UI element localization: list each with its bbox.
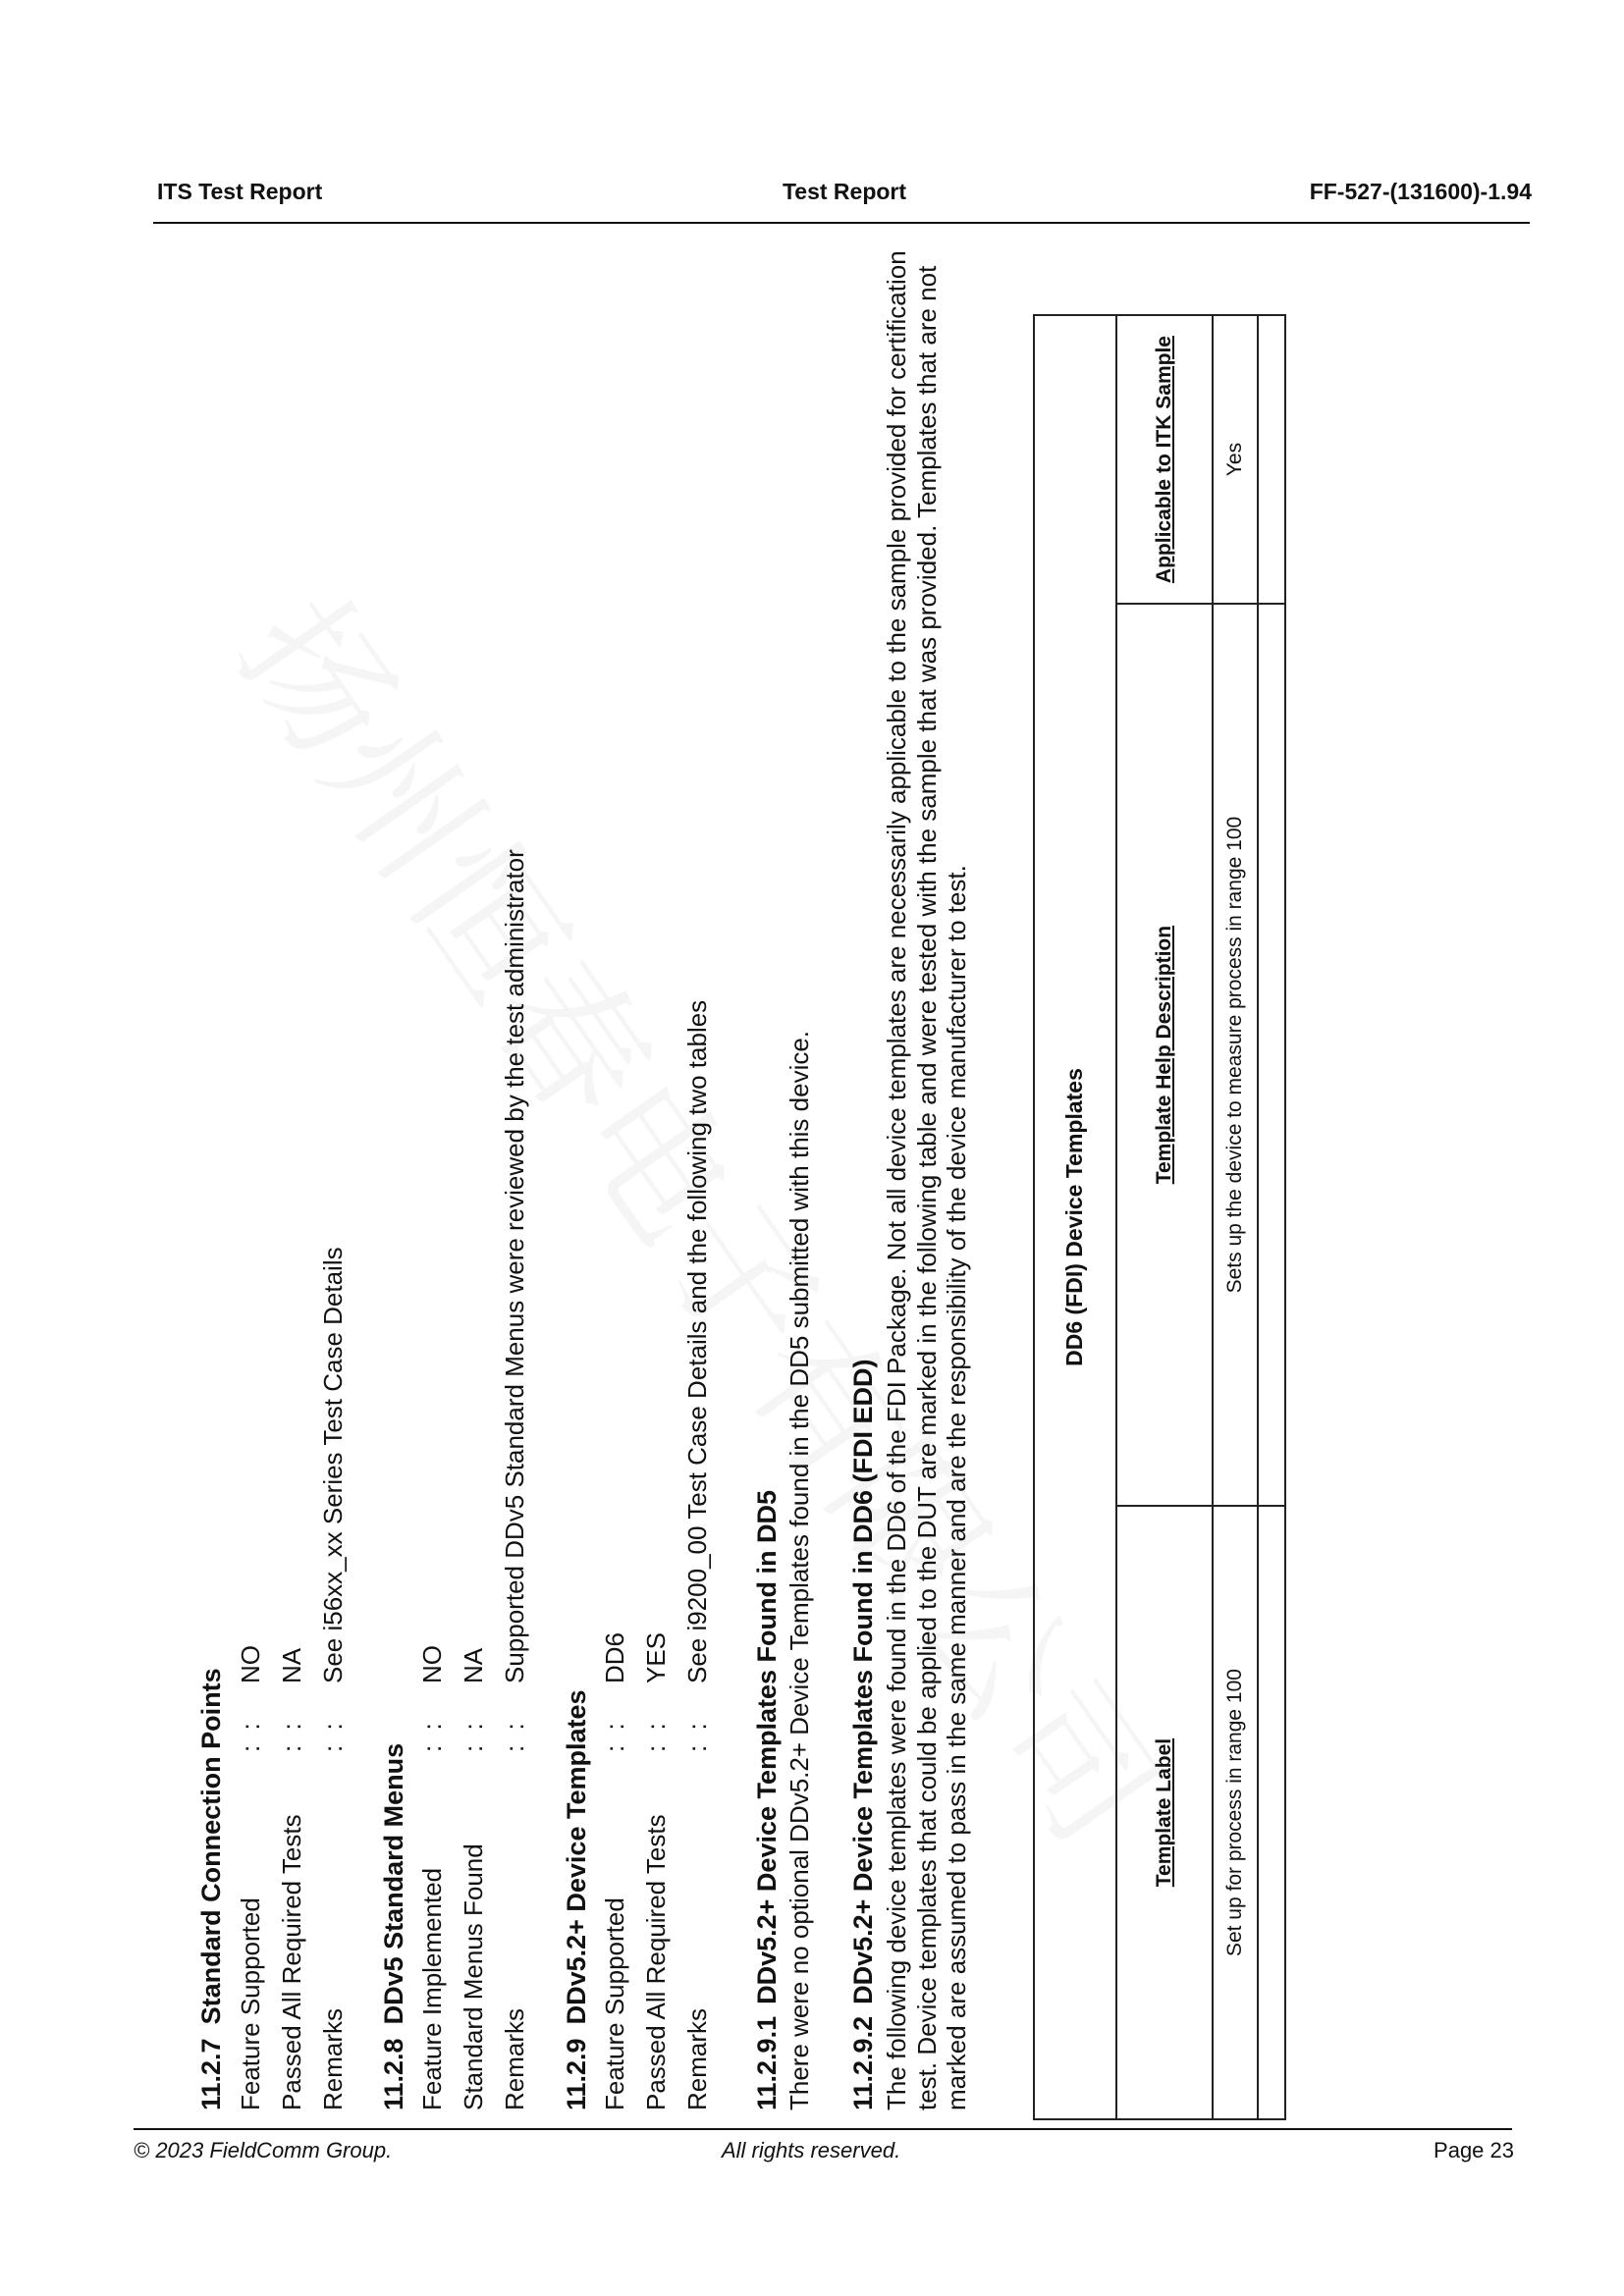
table-row-empty — [1258, 315, 1285, 2119]
section-11-2-7: 11.2.7Standard Connection Points Feature… — [196, 196, 353, 2110]
column-header-help-description: Template Help Description — [1116, 604, 1213, 1506]
footer-copyright: © 2023 FieldComm Group. — [134, 2138, 392, 2163]
subsection-11-2-9-2: 11.2.9.2DDv5.2+ Device Templates Found i… — [848, 196, 972, 2110]
footer-rights: All rights reserved. — [722, 2138, 900, 2163]
kv-row: Remarks: :Supported DDv5 Standard Menus … — [495, 196, 536, 2110]
page-content: 11.2.7Standard Connection Points Feature… — [196, 196, 1267, 2110]
kv-row: Standard Menus Found: :NA — [454, 196, 495, 2110]
cell-help-description: Sets up the device to measure process in… — [1213, 604, 1258, 1506]
kv-row: Feature Implemented: :NO — [412, 196, 454, 2110]
section-title: Standard Connection Points — [196, 1668, 226, 2024]
kv-row: Passed All Required Tests: :YES — [636, 196, 677, 2110]
kv-separator: : : — [318, 1683, 349, 1752]
kv-separator: : : — [459, 1683, 489, 1752]
device-templates-table: DD6 (FDI) Device Templates Template Labe… — [1033, 314, 1286, 2120]
section-heading: 11.2.7Standard Connection Points — [196, 196, 228, 2110]
column-header-template-label: Template Label — [1116, 1506, 1213, 2119]
column-header-applicable: Applicable to ITK Sample — [1116, 315, 1213, 604]
section-number: 11.2.9 — [562, 2038, 591, 2110]
kv-row: Passed All Required Tests: :NA — [271, 196, 312, 2110]
kv-label: Remarks — [500, 1752, 530, 2110]
table-caption: DD6 (FDI) Device Templates — [1034, 315, 1116, 2119]
kv-value: NO — [236, 196, 266, 1683]
kv-row: Feature Supported: :NO — [230, 196, 271, 2110]
kv-separator: : : — [682, 1683, 713, 1752]
subsection-11-2-9-1: 11.2.9.1DDv5.2+ Device Templates Found i… — [752, 196, 816, 2110]
subsection-text: The following device templates were foun… — [882, 245, 972, 2110]
kv-value: NO — [417, 196, 448, 1683]
cell-template-label: Set up for process in range 100 — [1213, 1506, 1258, 2119]
kv-value: NA — [277, 196, 307, 1683]
empty-cell — [1258, 1506, 1285, 2119]
kv-value: NA — [459, 196, 489, 1683]
column-header-text: Template Help Description — [1153, 926, 1175, 1184]
subsection-text: There were no optional DDv5.2+ Device Te… — [785, 245, 815, 2110]
kv-value: DD6 — [600, 196, 630, 1683]
section-11-2-8: 11.2.8DDv5 Standard Menus Feature Implem… — [379, 196, 536, 2110]
kv-row: Remarks: :See i56xx_xx Series Test Case … — [312, 196, 353, 2110]
kv-separator: : : — [236, 1683, 266, 1752]
footer-rule — [134, 2128, 1512, 2130]
kv-label: Remarks — [318, 1752, 349, 2110]
column-header-text: Template Label — [1153, 1738, 1175, 1887]
column-header-text: Applicable to ITK Sample — [1153, 336, 1175, 583]
subsection-number: 11.2.9.2 — [848, 2016, 878, 2110]
subsection-title: DDv5.2+ Device Templates Found in DD6 (F… — [848, 1360, 878, 2004]
subsection-heading: 11.2.9.1DDv5.2+ Device Templates Found i… — [752, 196, 784, 2110]
kv-value: See i56xx_xx Series Test Case Details — [318, 196, 349, 1683]
kv-separator: : : — [277, 1683, 307, 1752]
device-templates-table-wrap: DD6 (FDI) Device Templates Template Labe… — [1033, 314, 1286, 2120]
kv-label: Passed All Required Tests — [641, 1752, 672, 2110]
subsection-number: 11.2.9.1 — [752, 2016, 782, 2110]
kv-label: Passed All Required Tests — [277, 1752, 307, 2110]
kv-separator: : : — [600, 1683, 630, 1752]
kv-label: Remarks — [682, 1752, 713, 2110]
section-number: 11.2.7 — [196, 2038, 226, 2110]
rotated-body: 11.2.7Standard Connection Points Feature… — [196, 196, 1267, 2110]
kv-row: Feature Supported: :DD6 — [595, 196, 636, 2110]
header-document-id: FF-527-(131600)-1.94 — [1310, 179, 1532, 205]
kv-label: Feature Supported — [600, 1752, 630, 2110]
kv-value: YES — [641, 196, 672, 1683]
kv-separator: : : — [500, 1683, 530, 1752]
footer-page-number: Page 23 — [1434, 2138, 1514, 2163]
kv-value: See i9200_00 Test Case Details and the f… — [682, 196, 713, 1683]
section-title: DDv5.2+ Device Templates — [562, 1689, 591, 2024]
empty-cell — [1258, 604, 1285, 1506]
table-row: Set up for process in range 100 Sets up … — [1213, 315, 1258, 2119]
kv-label: Feature Supported — [236, 1752, 266, 2110]
empty-cell — [1258, 315, 1285, 604]
section-title: DDv5 Standard Menus — [379, 1743, 408, 2025]
kv-separator: : : — [641, 1683, 672, 1752]
section-heading: 11.2.9DDv5.2+ Device Templates — [562, 196, 593, 2110]
section-heading: 11.2.8DDv5 Standard Menus — [379, 196, 410, 2110]
kv-separator: : : — [417, 1683, 448, 1752]
kv-label: Standard Menus Found — [459, 1752, 489, 2110]
kv-label: Feature Implemented — [417, 1752, 448, 2110]
subsection-title: DDv5.2+ Device Templates Found in DD5 — [752, 1490, 782, 2004]
kv-row: Remarks: :See i9200_00 Test Case Details… — [677, 196, 719, 2110]
section-11-2-9: 11.2.9DDv5.2+ Device Templates Feature S… — [562, 196, 719, 2110]
subsection-heading: 11.2.9.2DDv5.2+ Device Templates Found i… — [848, 196, 880, 2110]
cell-applicable: Yes — [1213, 315, 1258, 604]
kv-value: Supported DDv5 Standard Menus were revie… — [500, 196, 530, 1683]
section-number: 11.2.8 — [379, 2038, 408, 2110]
